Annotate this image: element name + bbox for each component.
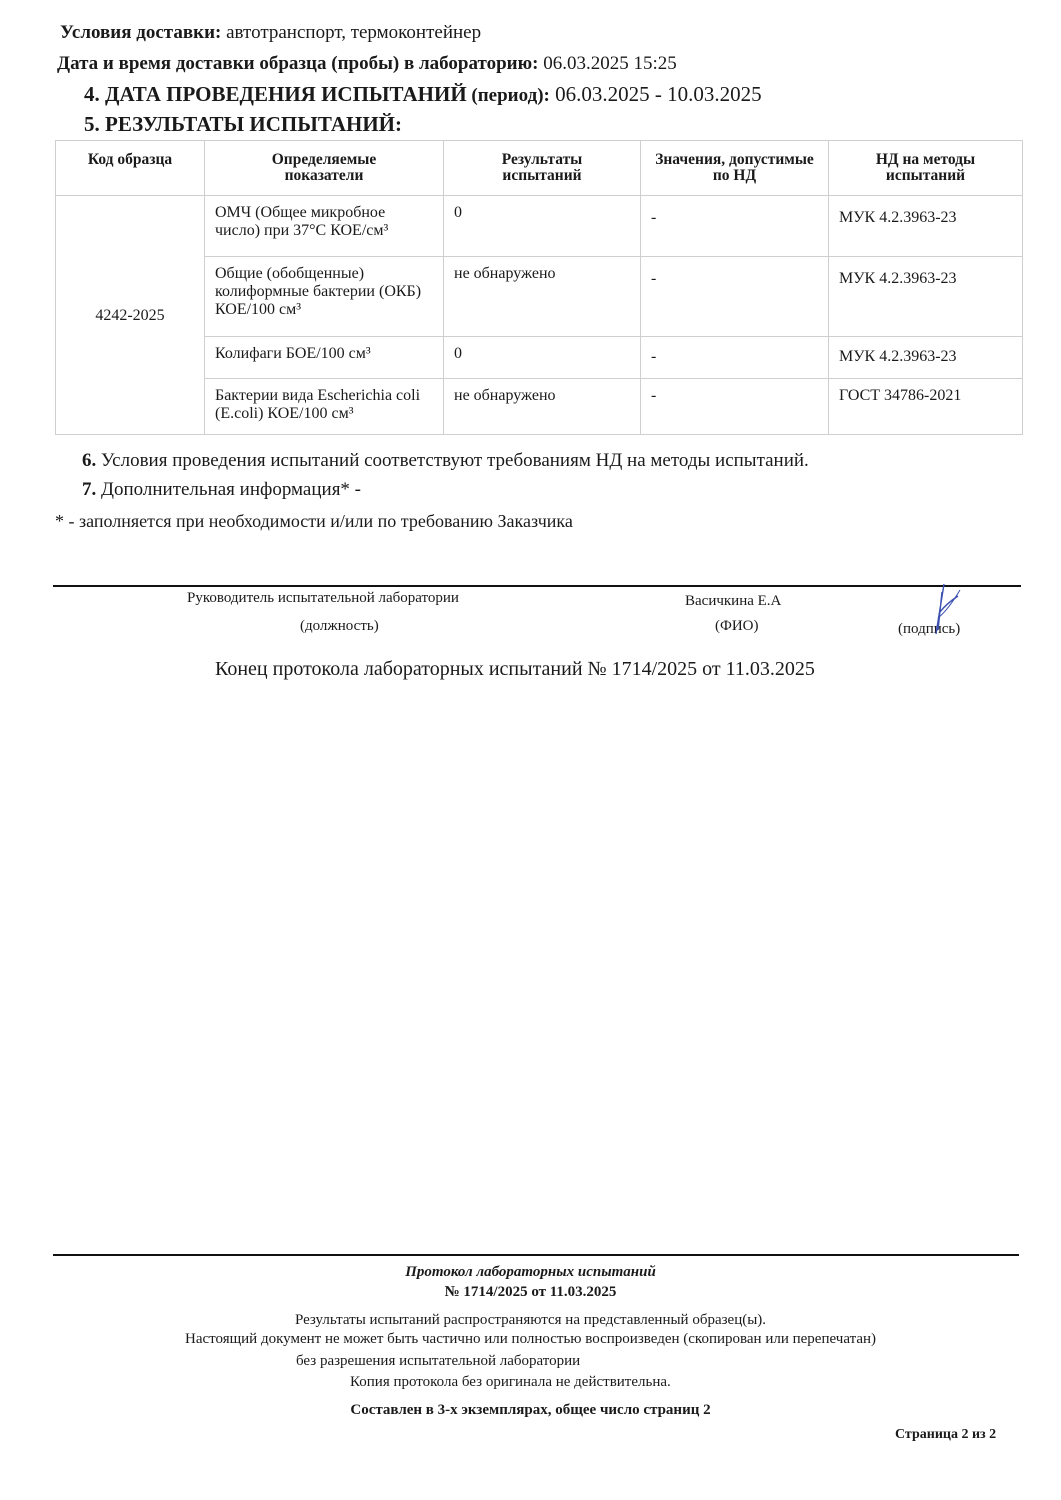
footer-divider xyxy=(53,1254,1019,1256)
signature-divider xyxy=(53,585,1021,587)
section-6-text: Условия проведения испытаний соответству… xyxy=(96,450,809,471)
method-cell: ГОСТ 34786-2021 xyxy=(829,379,1023,435)
signer-name: Васичкина Е.А xyxy=(685,593,781,610)
table-header-row: Код образца Определяемые показатели Резу… xyxy=(56,141,1023,196)
footer-title: Протокол лабораторных испытаний xyxy=(0,1264,1061,1281)
delivery-datetime: Дата и время доставки образца (пробы) в … xyxy=(57,53,677,75)
handwritten-signature-icon xyxy=(928,582,968,642)
section-test-dates-label: 4. ДАТА ПРОВЕДЕНИЯ ИСПЫТАНИЙ xyxy=(84,82,467,106)
section-results-title: 5. РЕЗУЛЬТАТЫ ИСПЫТАНИЙ: xyxy=(84,112,402,137)
header-indicators: Определяемые показатели xyxy=(205,141,444,196)
delivery-datetime-label: Дата и время доставки образца (пробы) в … xyxy=(57,53,538,74)
method-cell: МУК 4.2.3963-23 xyxy=(829,337,1023,379)
header-sample-code: Код образца xyxy=(56,141,205,196)
section-7-text: Дополнительная информация* - xyxy=(96,479,361,500)
page-number: Страница 2 из 2 xyxy=(895,1427,996,1443)
delivery-conditions-label: Условия доставки: xyxy=(60,22,221,43)
header-results-text: Результаты испытаний xyxy=(487,152,597,184)
allowed-cell: - xyxy=(641,257,829,337)
header-methods-text: НД на методы испытаний xyxy=(861,152,991,184)
header-allowed-values: Значения, допустимые по НД xyxy=(641,141,829,196)
indicator-cell: Бактерии вида Escherichia coli (E.coli) … xyxy=(205,379,444,435)
section-test-dates: 4. ДАТА ПРОВЕДЕНИЯ ИСПЫТАНИЙ (период): 0… xyxy=(84,82,762,107)
signer-position: Руководитель испытательной лаборатории xyxy=(187,590,459,607)
footer-note-2: Настоящий документ не может быть частичн… xyxy=(0,1331,1061,1348)
section-conditions-compliance: 6. Условия проведения испытаний соответс… xyxy=(82,450,809,472)
section-test-dates-value: 06.03.2025 - 10.03.2025 xyxy=(550,82,762,106)
signer-name-caption: (ФИО) xyxy=(715,618,759,635)
footer-protocol-number: № 1714/2025 от 11.03.2025 xyxy=(0,1284,1061,1301)
header-methods: НД на методы испытаний xyxy=(829,141,1023,196)
results-table: Код образца Определяемые показатели Резу… xyxy=(55,140,1023,435)
allowed-cell: - xyxy=(641,379,829,435)
sample-code-cell: 4242-2025 xyxy=(56,196,205,435)
footer-note-1: Результаты испытаний распространяются на… xyxy=(0,1312,1061,1329)
section-additional-info: 7. Дополнительная информация* - xyxy=(82,479,361,501)
delivery-conditions-value: автотранспорт, термоконтейнер xyxy=(221,22,481,43)
delivery-conditions: Условия доставки: автотранспорт, термоко… xyxy=(60,22,481,44)
method-cell: МУК 4.2.3963-23 xyxy=(829,196,1023,257)
footnote: * - заполняется при необходимости и/или … xyxy=(55,511,573,532)
header-indicators-text: Определяемые показатели xyxy=(259,152,389,184)
section-results-title-text: 5. РЕЗУЛЬТАТЫ ИСПЫТАНИЙ: xyxy=(84,112,402,136)
indicator-cell: Общие (обобщенные) колиформные бактерии … xyxy=(205,257,444,337)
table-row: 4242-2025 ОМЧ (Общее микробное число) пр… xyxy=(56,196,1023,257)
delivery-datetime-value: 06.03.2025 15:25 xyxy=(538,53,676,74)
section-6-number: 6. xyxy=(82,450,96,471)
header-allowed-values-text: Значения, допустимые по НД xyxy=(650,152,820,184)
footer-note-3: без разрешения испытательной лаборатории xyxy=(296,1353,580,1370)
signer-position-caption: (должность) xyxy=(300,618,379,635)
header-results: Результаты испытаний xyxy=(444,141,641,196)
indicator-cell: ОМЧ (Общее микробное число) при 37°С КОЕ… xyxy=(205,196,444,257)
footer-copies: Составлен в 3-х экземплярах, общее число… xyxy=(0,1402,1061,1419)
allowed-cell: - xyxy=(641,337,829,379)
result-cell: 0 xyxy=(444,196,641,257)
protocol-end: Конец протокола лабораторных испытаний №… xyxy=(215,658,815,681)
result-cell: не обнаружено xyxy=(444,257,641,337)
section-test-dates-sublabel: (период): xyxy=(467,85,550,106)
indicator-cell: Колифаги БОЕ/100 см³ xyxy=(205,337,444,379)
allowed-cell: - xyxy=(641,196,829,257)
result-cell: 0 xyxy=(444,337,641,379)
footer-note-4: Копия протокола без оригинала не действи… xyxy=(350,1374,671,1391)
result-cell: не обнаружено xyxy=(444,379,641,435)
method-cell: МУК 4.2.3963-23 xyxy=(829,257,1023,337)
section-7-number: 7. xyxy=(82,479,96,500)
